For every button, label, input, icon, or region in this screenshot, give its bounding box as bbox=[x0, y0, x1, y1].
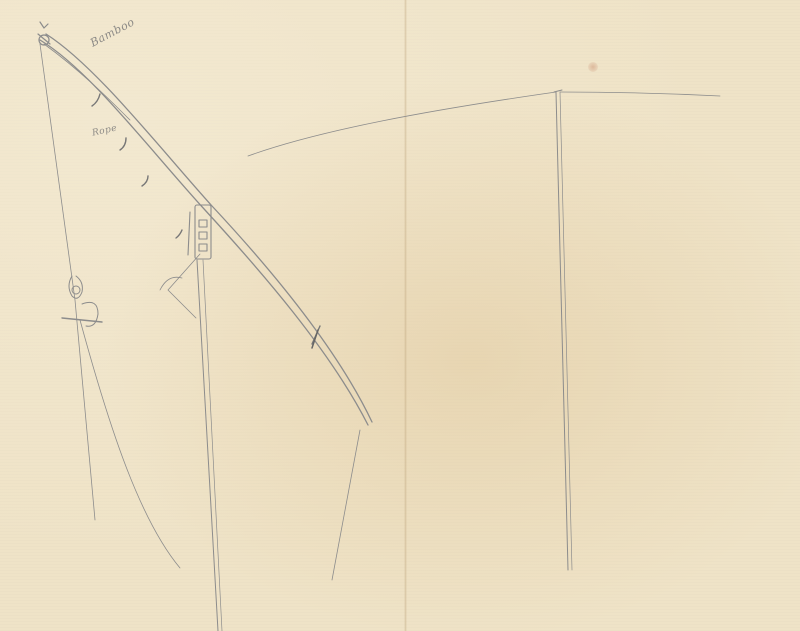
yard-top-fitting bbox=[38, 22, 50, 45]
right-mast bbox=[554, 90, 572, 570]
angle-arc bbox=[160, 254, 200, 318]
right-stay bbox=[248, 92, 720, 156]
left-mast bbox=[197, 260, 222, 631]
rope-block bbox=[62, 276, 102, 326]
pencil-drawing bbox=[0, 0, 800, 631]
sheet-line bbox=[332, 430, 360, 580]
yard-bindings bbox=[92, 94, 320, 344]
bamboo-yard bbox=[40, 34, 372, 425]
sketch-paper: Bamboo Rope bbox=[0, 0, 800, 631]
rope-line bbox=[40, 44, 180, 568]
